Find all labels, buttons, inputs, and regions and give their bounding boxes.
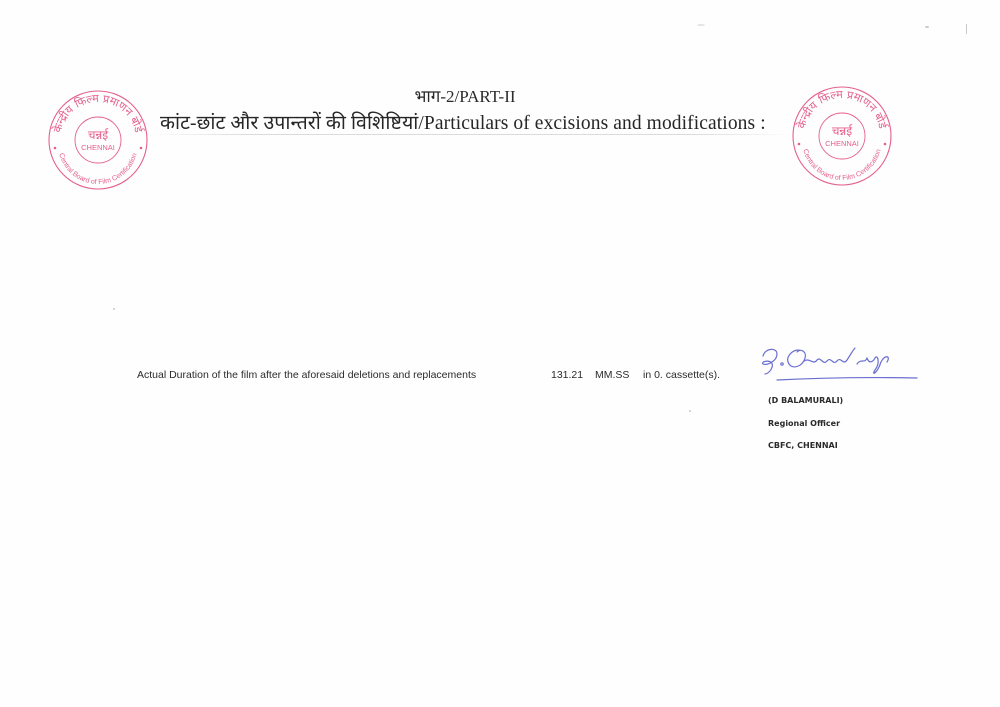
cassette-count: in 0. cassette(s).	[643, 369, 720, 381]
stamp-center-english: CHENNAI	[81, 143, 115, 152]
signatory-name: (D BALAMURALI)	[768, 396, 843, 405]
stamp-center-hindi: चन्नई	[88, 128, 109, 142]
stamp-seal-icon: केन्द्रीय फिल्म प्रमाणन बोर्ड Central Bo…	[790, 84, 894, 188]
scan-speck	[697, 24, 705, 26]
certificate-page: केन्द्रीय फिल्म प्रमाणन बोर्ड Central Bo…	[0, 0, 1000, 707]
svg-text:Central Board of Film Certific: Central Board of Film Certification	[801, 148, 882, 182]
signature-scribble-icon	[757, 344, 922, 386]
stamp-center-english: CHENNAI	[825, 139, 859, 148]
scan-speck	[925, 26, 929, 28]
stamp-outer-english: Central Board of Film Certification	[57, 152, 138, 186]
duration-label: Actual Duration of the film after the af…	[137, 369, 476, 381]
duration-unit: MM.SS	[595, 369, 629, 381]
officer-signature	[757, 344, 922, 386]
section-title: कांट-छांट और उपान्तरों की विशिष्टियां/Pa…	[160, 108, 766, 135]
scan-speck	[966, 24, 967, 34]
signatory-designation: Regional Officer	[768, 419, 840, 428]
scan-speck	[689, 410, 691, 412]
duration-value: 131.21	[551, 369, 583, 381]
svg-text:Central Board of Film Certific: Central Board of Film Certification	[57, 152, 138, 186]
stamp-outer-english: Central Board of Film Certification	[801, 148, 882, 182]
stamp-center-hindi: चन्नई	[832, 124, 853, 138]
scan-speck	[113, 308, 115, 310]
cbfc-chennai-stamp-right: केन्द्रीय फिल्म प्रमाणन बोर्ड Central Bo…	[790, 84, 894, 188]
title-divider	[150, 134, 790, 135]
signatory-office: CBFC, CHENNAI	[768, 441, 838, 450]
